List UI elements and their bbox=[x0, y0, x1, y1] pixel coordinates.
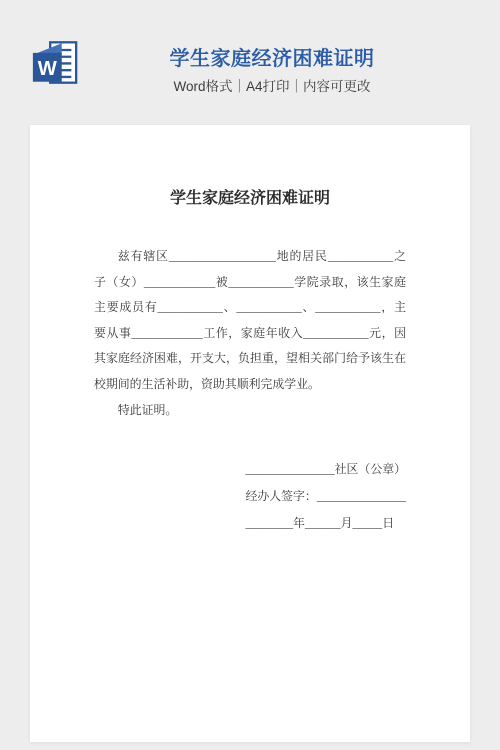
page-background: W 学生家庭经济困难证明 Word格式｜A4打印｜内容可更改 学生家庭经济困难证… bbox=[0, 0, 500, 750]
signature-line-date: ________年______月_____日 bbox=[245, 510, 406, 537]
page-subtitle: Word格式｜A4打印｜内容可更改 bbox=[44, 78, 500, 96]
body-line: 其家庭经济困难，开支大，负担重，望相关部门给予该生在 bbox=[94, 346, 406, 372]
body-line: 主要成员有___________、___________、___________… bbox=[94, 295, 406, 321]
document-body: 兹有辖区__________________地的居民___________之 子… bbox=[94, 244, 406, 423]
body-line: 子（女）____________被___________学院录取，该生家庭 bbox=[94, 270, 406, 296]
word-icon: W bbox=[30, 39, 80, 86]
signature-block: _______________社区（公章） 经办人签字：____________… bbox=[245, 456, 406, 537]
signature-line-handler: 经办人签字：_______________ bbox=[245, 483, 406, 510]
body-line: 校期间的生活补助，资助其顺利完成学业。 bbox=[94, 372, 406, 398]
document-title: 学生家庭经济困难证明 bbox=[94, 187, 406, 211]
page-title: 学生家庭经济困难证明 bbox=[44, 46, 500, 72]
document-page: 学生家庭经济困难证明 兹有辖区__________________地的居民___… bbox=[30, 125, 470, 742]
signature-line-community: _______________社区（公章） bbox=[245, 456, 406, 483]
header: W 学生家庭经济困难证明 Word格式｜A4打印｜内容可更改 bbox=[0, 0, 500, 125]
word-icon-letter: W bbox=[38, 58, 58, 80]
body-line: 特此证明。 bbox=[94, 398, 406, 424]
body-line: 兹有辖区__________________地的居民___________之 bbox=[94, 244, 406, 270]
body-line: 要从事____________工作，家庭年收入___________元，因 bbox=[94, 321, 406, 347]
